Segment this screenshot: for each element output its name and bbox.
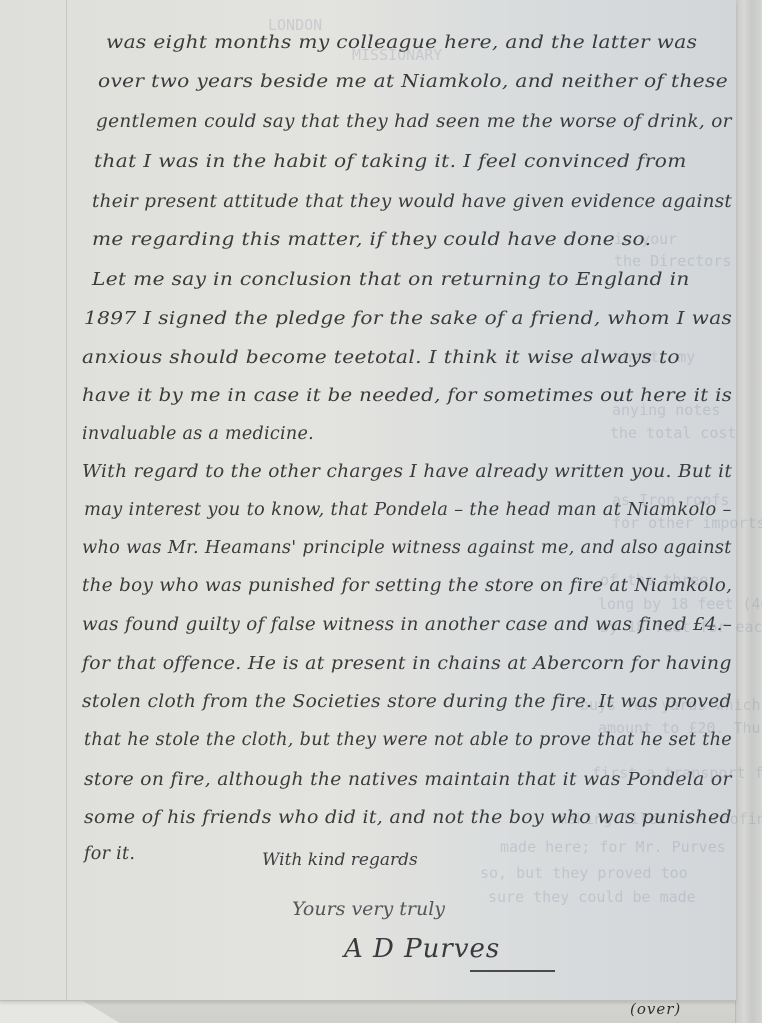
letter-line: that I was in the habit of taking it. I … <box>94 152 687 172</box>
letter-line: for that offence. He is at present in ch… <box>82 654 732 674</box>
closing-valediction: Yours very truly <box>292 898 445 920</box>
bleed-through-text: long by 18 feet (40 <box>598 597 762 612</box>
letter-line: over two years beside me at Niamkolo, an… <box>98 72 728 92</box>
signature-underline <box>470 970 555 972</box>
letter-line: store on fire, although the natives main… <box>84 770 732 790</box>
bleed-through-text: so, but they proved too <box>480 866 688 881</box>
letter-line: invaluable as a medicine. <box>82 424 314 444</box>
signature: A D Purves <box>344 934 500 964</box>
stacked-sheet-edges <box>735 0 762 1023</box>
letter-line: me regarding this matter, if they could … <box>92 230 651 250</box>
letter-page: LONDON MISSIONARY in your the Directors … <box>0 0 736 1001</box>
letter-line: the boy who was punished for setting the… <box>82 576 732 596</box>
letter-line: may interest you to know, that Pondela –… <box>84 500 732 520</box>
letter-line: gentlemen could say that they had seen m… <box>96 112 732 132</box>
letter-line: 1897 I signed the pledge for the sake of… <box>84 309 732 329</box>
letter-line: who was Mr. Heamans' principle witness a… <box>82 538 732 558</box>
letter-line: was eight months my colleague here, and … <box>106 33 697 53</box>
letter-line: stolen cloth from the Societies store du… <box>82 692 732 712</box>
letter-line: have it by me in case it be needed, for … <box>82 386 732 406</box>
margin-line <box>66 0 67 1000</box>
bleed-through-text: sure they could be made <box>488 890 696 905</box>
bleed-through-text: the Directors <box>614 254 731 269</box>
letter-line: for it. <box>84 844 135 864</box>
letter-line: their present attitude that they would h… <box>92 192 732 212</box>
bleed-through-text: made here; for Mr. Purves <box>500 840 726 855</box>
closing-regards: With kind regards <box>262 850 418 870</box>
letter-line: With regard to the other charges I have … <box>82 462 732 482</box>
letter-line: some of his friends who did it, and not … <box>84 808 732 828</box>
letter-line: anxious should become teetotal. I think … <box>82 348 680 368</box>
bleed-through-text: LONDON <box>268 18 322 33</box>
bleed-through-text: the total cost <box>610 426 736 441</box>
letter-line: that he stole the cloth, but they were n… <box>84 730 732 750</box>
letter-line: was found guilty of false witness in ano… <box>82 615 732 635</box>
over-note: (over) <box>630 1000 681 1018</box>
letter-line: Let me say in conclusion that on returni… <box>92 270 690 290</box>
